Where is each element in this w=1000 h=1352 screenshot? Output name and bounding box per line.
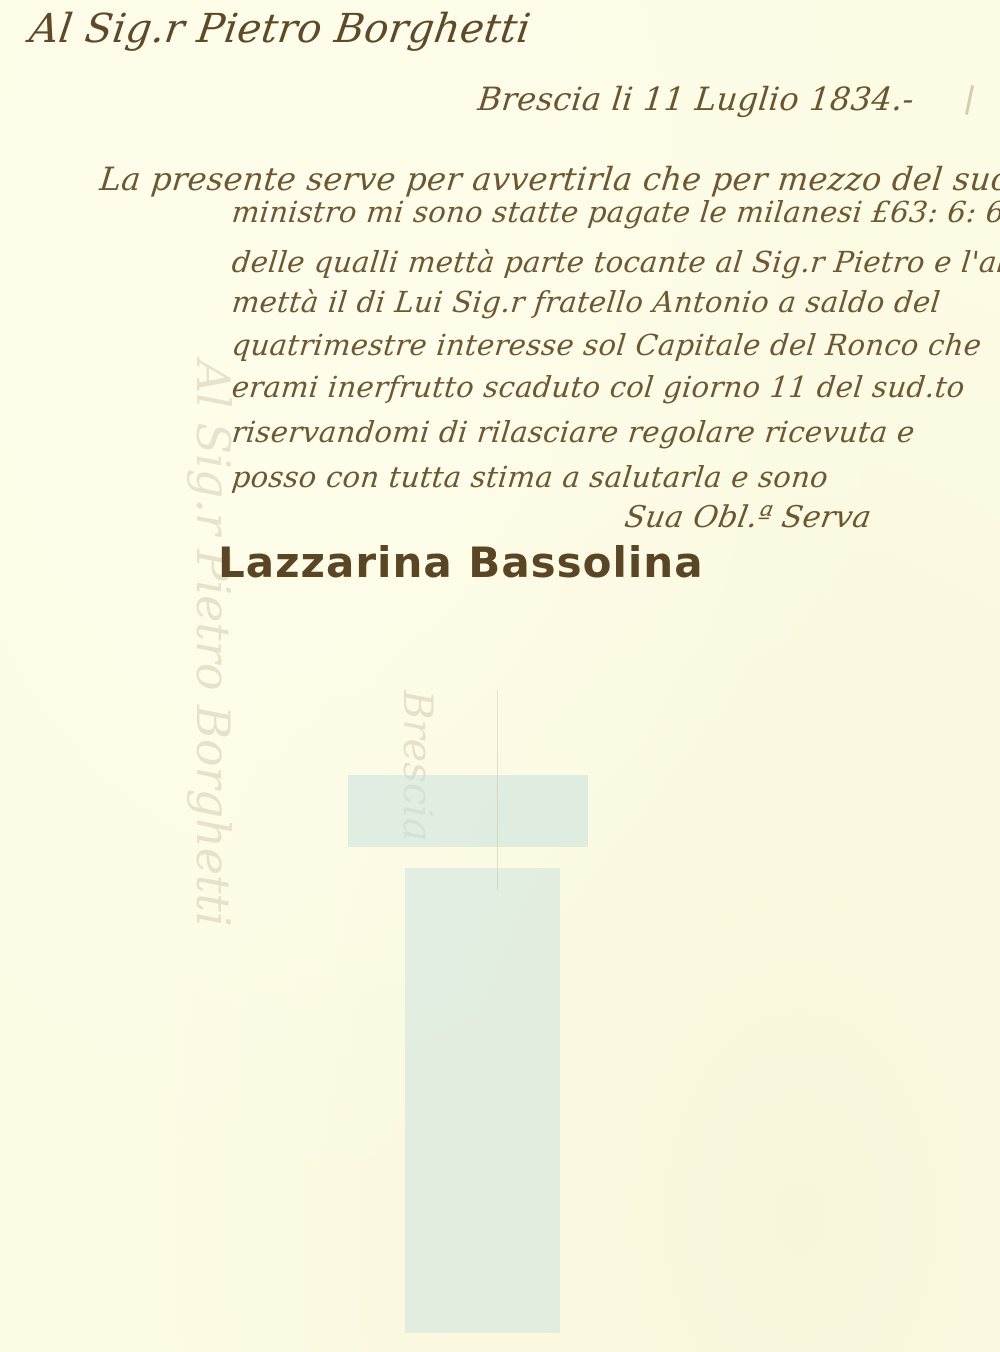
closing-salutation: Sua Obl.ª Serva: [622, 500, 874, 535]
body-line: quatrimestre interesse sol Capitale del …: [230, 328, 983, 362]
paper-fold-line: [497, 690, 498, 890]
body-line: mettà il di Lui Sig.r fratello Antonio a…: [230, 285, 942, 319]
ink-mark: [965, 85, 974, 115]
letter-page: Al Sig.r Pietro Borghetti Brescia Al Sig…: [0, 0, 1000, 1352]
body-line: delle qualli mettà parte tocante al Sig.…: [230, 245, 1000, 279]
paper-stain-patch: [405, 868, 560, 1333]
place-and-date: Brescia li 11 Luglio 1834.-: [476, 80, 916, 118]
body-line: ministro mi sono statte pagate le milane…: [230, 195, 1000, 229]
signature: Lazzarina Bassolina: [218, 538, 704, 587]
body-line: riservandomi di rilasciare regolare rice…: [230, 415, 916, 449]
addressee: Al Sig.r Pietro Borghetti: [27, 6, 534, 52]
body-line: La presente serve per avvertirla che per…: [98, 160, 1000, 198]
body-line: erami inerfrutto scaduto col giorno 11 d…: [230, 370, 966, 404]
body-line: posso con tutta stima a salutarla e sono: [230, 460, 830, 494]
paper-stain-patch: [348, 775, 588, 847]
